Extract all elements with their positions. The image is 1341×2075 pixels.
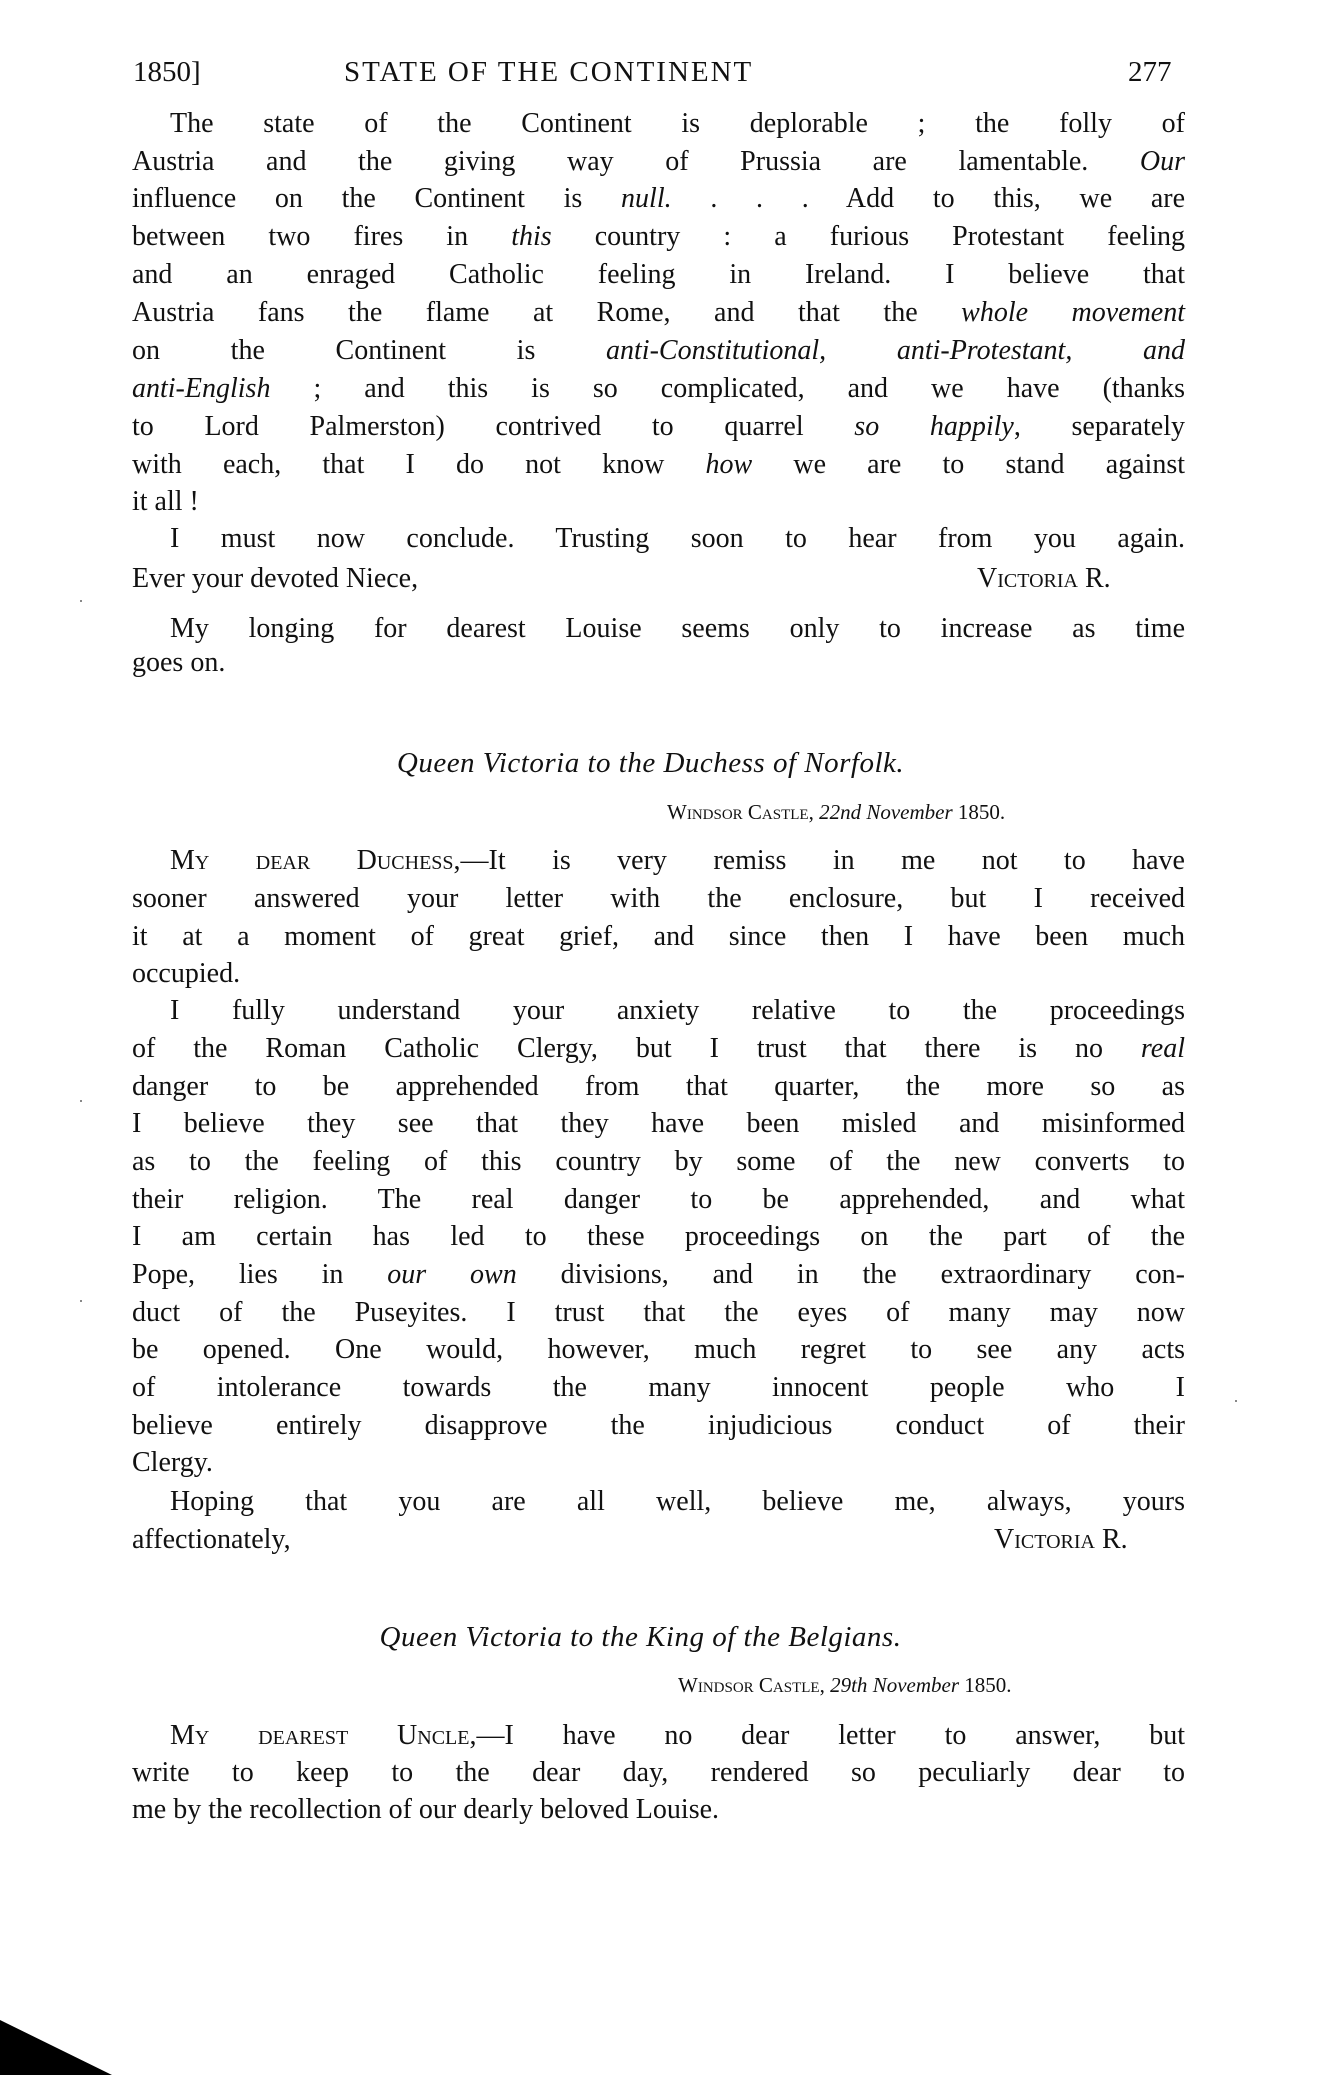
scan-speck — [80, 1100, 82, 1102]
dateline-year: 1850. — [964, 1673, 1011, 1697]
page-number: 277 — [1128, 52, 1172, 92]
letter-heading: Queen Victoria to the Duchess of Norfolk… — [0, 743, 1321, 783]
scan-speck — [1235, 1400, 1237, 1402]
dateline: Windsor Castle, 29th November 1850. — [678, 1670, 1012, 1700]
valediction: Ever your devoted Niece, — [132, 563, 418, 594]
text-line: their religion. The real danger to be ap… — [132, 1181, 1185, 1219]
dateline-month: November — [873, 1673, 959, 1697]
text-line: write to keep to the dear day, rendered … — [132, 1754, 1185, 1792]
text-line: Hoping that you are all well, believe me… — [170, 1483, 1185, 1521]
dateline-day: 22nd — [819, 800, 861, 824]
scan-speck — [80, 600, 82, 602]
text-line: it all ! — [132, 483, 1185, 521]
text-line: and an enraged Catholic feeling in Irela… — [132, 256, 1185, 294]
text-line: Austria and the giving way of Prussia ar… — [132, 143, 1185, 181]
text-line: My dear Duchess,—It is very remiss in me… — [170, 842, 1185, 880]
dateline-month: November — [866, 800, 952, 824]
postscript-line: My longing for dearest Louise seems only… — [170, 610, 1185, 648]
dateline: Windsor Castle, 22nd November 1850. — [667, 797, 1005, 827]
text-line: duct of the Puseyites. I trust that the … — [132, 1294, 1185, 1332]
text-line: My dearest Uncle,—I have no dear letter … — [170, 1717, 1185, 1755]
book-page: 1850] STATE OF THE CONTINENT 277 The sta… — [0, 0, 1341, 2075]
text-line: I am certain has led to these proceeding… — [132, 1218, 1185, 1256]
text-line: on the Continent is anti-Constitutional,… — [132, 332, 1185, 370]
valediction-line: Ever your devoted Niece, Victoria R. — [132, 560, 1185, 598]
text-line: of intolerance towards the many innocent… — [132, 1369, 1185, 1407]
text-line: of the Roman Catholic Clergy, but I trus… — [132, 1030, 1185, 1068]
running-header-year: 1850] — [133, 52, 201, 92]
text-line: I fully understand your anxiety relative… — [170, 992, 1185, 1030]
text-line: believe entirely disapprove the injudici… — [132, 1407, 1185, 1445]
text-line: it at a moment of great grief, and since… — [132, 918, 1185, 956]
text-line: anti-English ; and this is so complicate… — [132, 370, 1185, 408]
text-line: between two fires in this country : a fu… — [132, 218, 1185, 256]
text-line: with each, that I do not know how we are… — [132, 446, 1185, 484]
closing-line: I must now conclude. Trusting soon to he… — [170, 520, 1185, 558]
text-line: influence on the Continent is null. . . … — [132, 180, 1185, 218]
text-line: to Lord Palmerston) contrived to quarrel… — [132, 408, 1185, 446]
letter-heading: Queen Victoria to the King of the Belgia… — [0, 1617, 1311, 1657]
running-header-title: STATE OF THE CONTINENT — [344, 52, 753, 92]
scan-speck — [80, 1300, 82, 1302]
salutation: My dear Duchess, — [170, 845, 461, 876]
text-line: occupied. — [132, 955, 1185, 993]
text-line: danger to be apprehended from that quart… — [132, 1068, 1185, 1106]
text-line: I believe they see that they have been m… — [132, 1105, 1185, 1143]
scan-corner-mark — [0, 2020, 112, 2075]
text-line: Clergy. — [132, 1444, 1185, 1482]
signature: Victoria R. — [977, 560, 1111, 598]
dateline-day: 29th — [830, 1673, 867, 1697]
postscript-line: goes on. — [132, 644, 1185, 682]
text-line: be opened. One would, however, much regr… — [132, 1331, 1185, 1369]
text-line: sooner answered your letter with the enc… — [132, 880, 1185, 918]
valediction: affectionately, — [132, 1524, 291, 1555]
dateline-place: Windsor Castle, — [667, 800, 814, 824]
text-line: as to the feeling of this country by som… — [132, 1143, 1185, 1181]
dateline-year: 1850. — [958, 800, 1005, 824]
text-line: Pope, lies in our own divisions, and in … — [132, 1256, 1185, 1294]
signature: Victoria R. — [994, 1521, 1128, 1559]
text-line: Austria fans the flame at Rome, and that… — [132, 294, 1185, 332]
dateline-place: Windsor Castle, — [678, 1673, 825, 1697]
salutation: My dearest Uncle, — [170, 1720, 476, 1751]
text-line: me by the recollection of our dearly bel… — [132, 1791, 1185, 1829]
text-line: The state of the Continent is deplorable… — [170, 105, 1185, 143]
valediction-line: affectionately, Victoria R. — [132, 1521, 1185, 1559]
